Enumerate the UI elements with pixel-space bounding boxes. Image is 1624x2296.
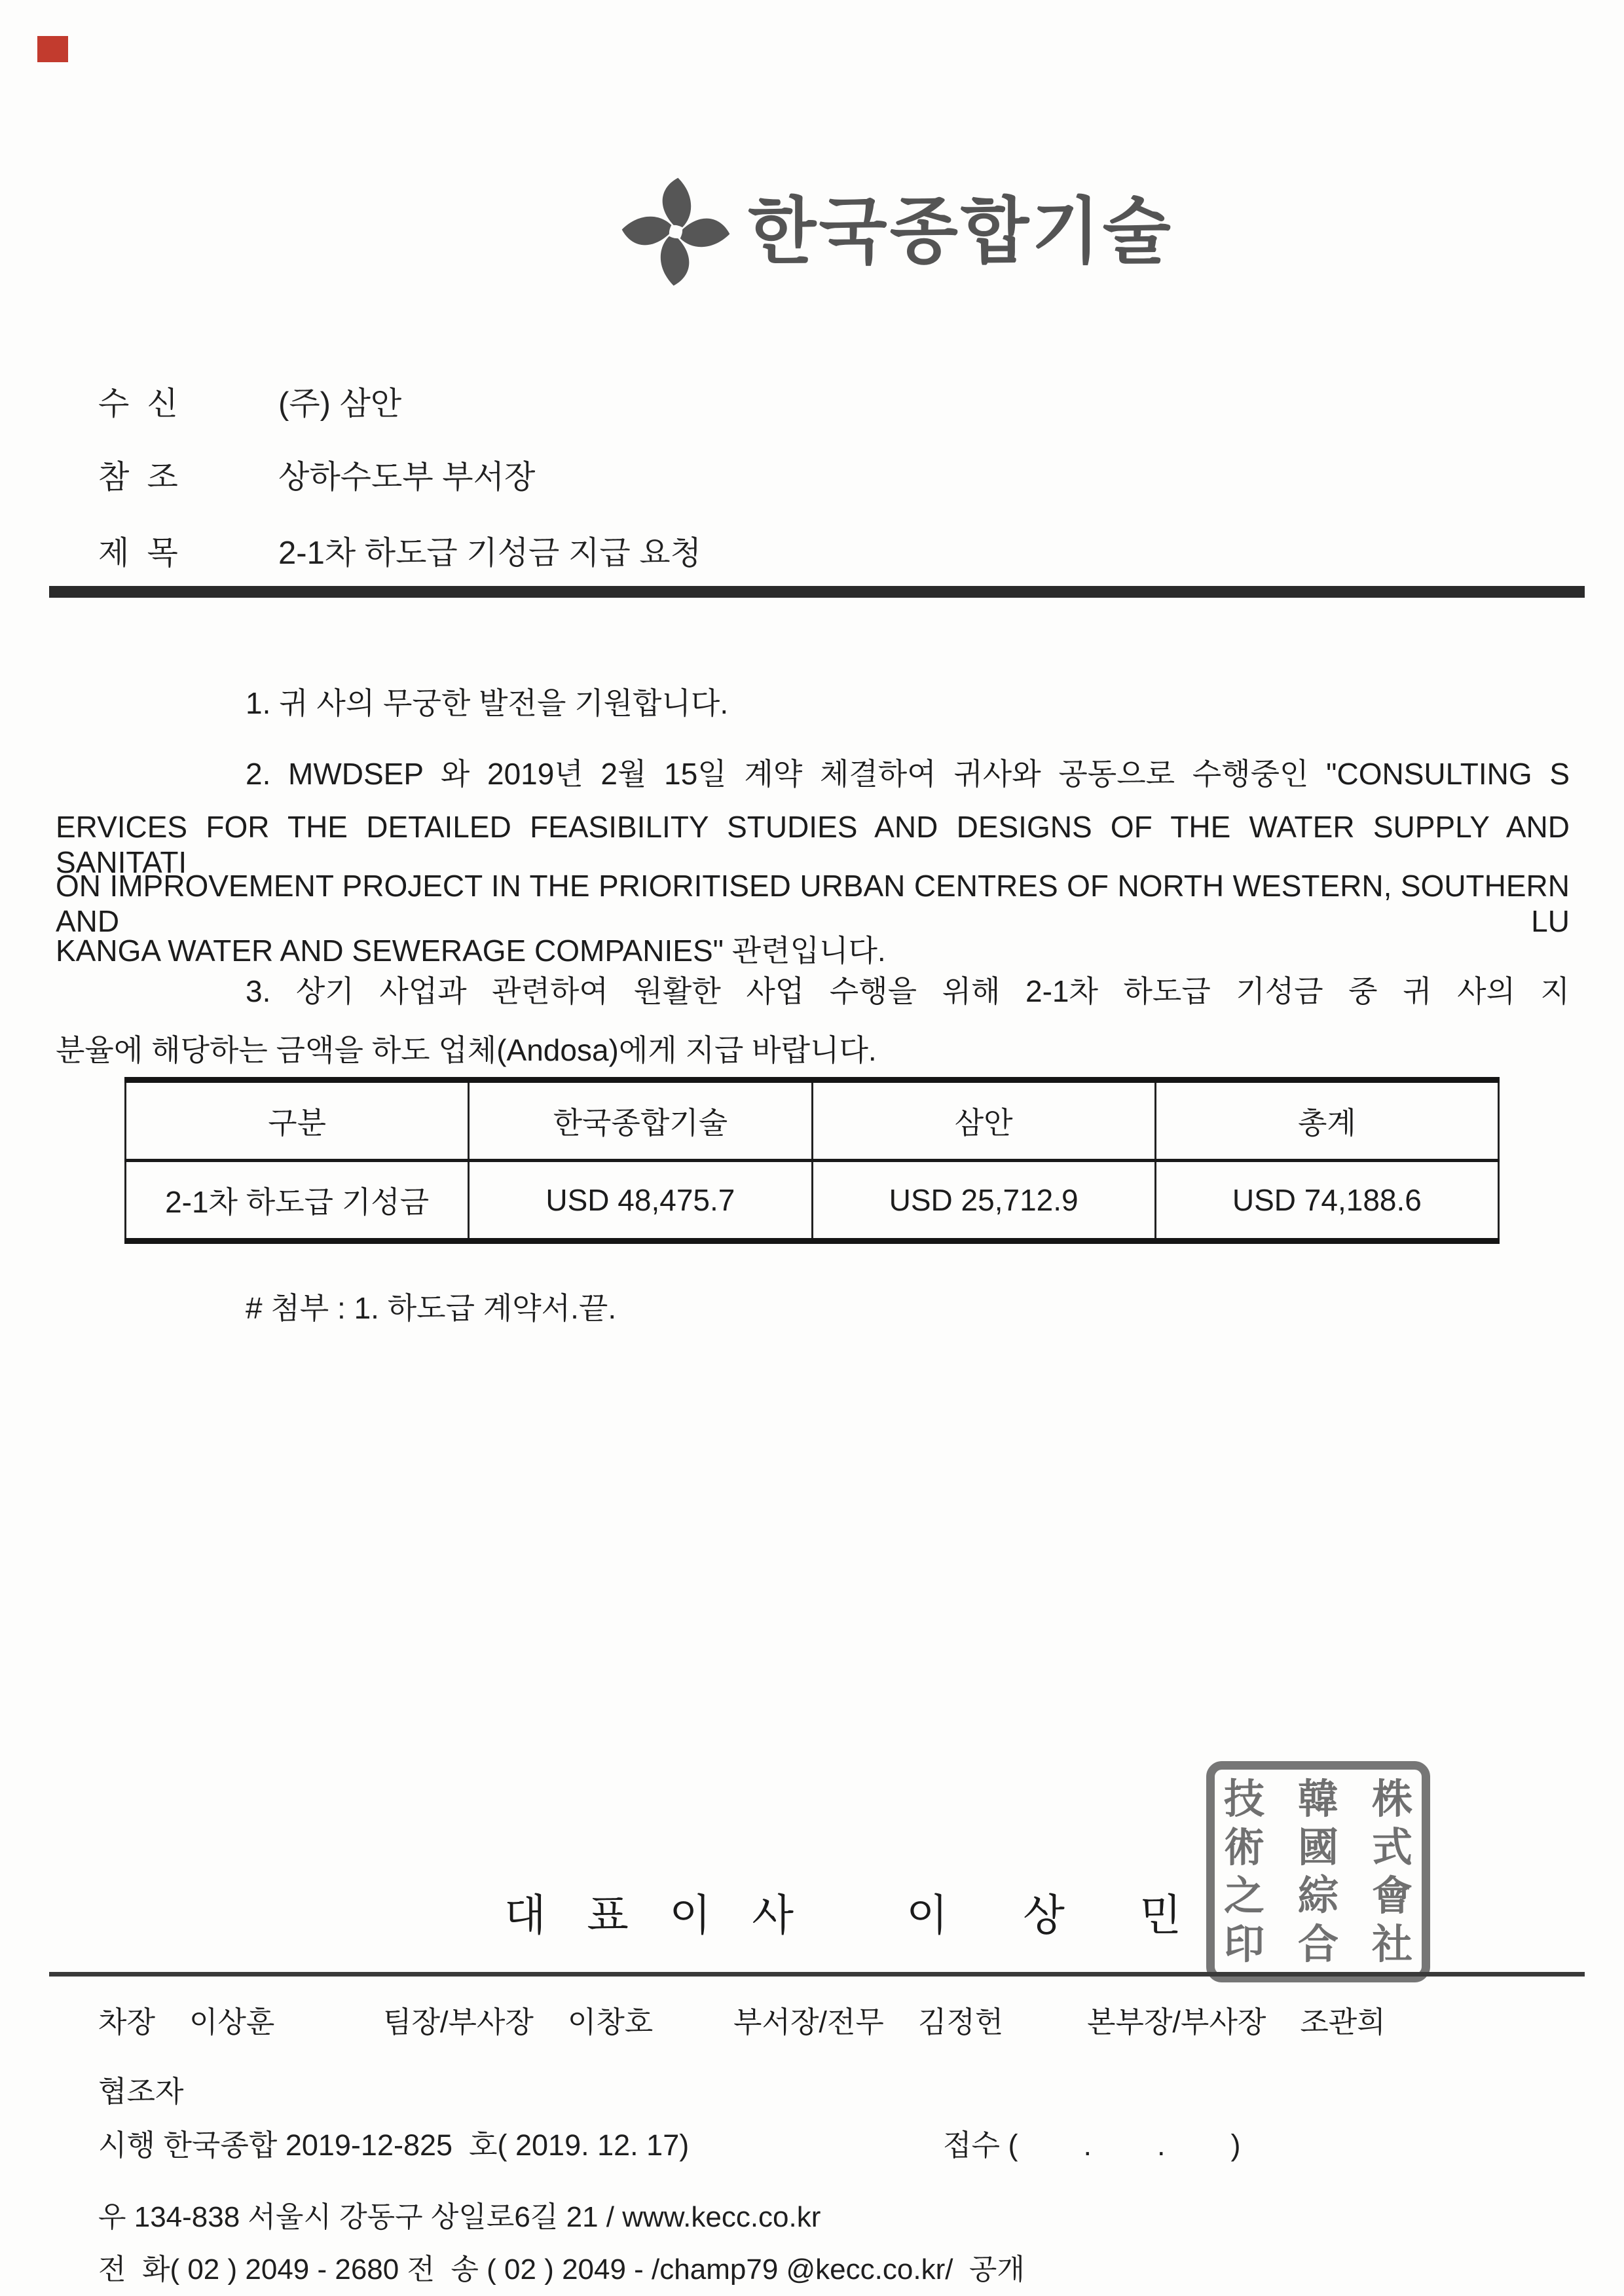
paragraph-3-line-1: 3. 상기 사업과 관련하여 원활한 사업 수행을 위해 2-1차 하도급 기성…: [56, 968, 1570, 1011]
table-header-category: 구분: [126, 1080, 469, 1161]
approval-name: 김정헌: [918, 1998, 1003, 2041]
approval-item-2: 팀장/부사장 이창호: [383, 1998, 653, 2041]
paragraph-2-line-4: KANGA WATER AND SEWERAGE COMPANIES" 관련입니…: [56, 927, 1570, 970]
approval-role: 팀장/부사장: [383, 1998, 534, 2041]
seal-char: 國: [1298, 1825, 1338, 1870]
paragraph-1: 1. 귀 사의 무궁한 발전을 기원합니다.: [56, 680, 1624, 723]
approval-role: 차장: [98, 1998, 155, 2041]
paragraph-2-line-1: 2. MWDSEP 와 2019년 2월 15일 계약 체결하여 귀사와 공동으…: [56, 750, 1570, 793]
company-logo: 한국종합기술: [621, 175, 1173, 288]
seal-char: 株: [1372, 1776, 1412, 1822]
approval-item-1: 차장 이상훈: [98, 1998, 274, 2041]
seal-char: 術: [1224, 1825, 1264, 1870]
seal-column-left: 技 術 之 印: [1224, 1776, 1264, 1967]
ceo-name: 이 상 민: [906, 1880, 1213, 1942]
payment-table-data-row: 2-1차 하도급 기성금 USD 48,475.7 USD 25,712.9 U…: [126, 1161, 1499, 1241]
seal-column-right: 株 式 會 社: [1372, 1776, 1412, 1967]
field-subject-label: 제 목: [98, 528, 278, 574]
field-subject-value: 2-1차 하도급 기성금 지급 요청: [278, 536, 701, 571]
field-reference-value: 상하수도부 부서장: [278, 460, 535, 495]
approval-row: 차장 이상훈 팀장/부사장 이창호 부서장/전무 김정헌 본부장/부사장 조관희: [0, 1998, 1624, 2037]
seal-column-middle: 韓 國 綜 合: [1298, 1776, 1338, 1967]
seal-char: 綜: [1298, 1873, 1338, 1919]
approval-item-3: 부서장/전무 김정헌: [733, 1998, 1003, 2041]
seal-char: 韓: [1298, 1776, 1338, 1822]
signature-block: 대 표 이 사 이 상 민: [504, 1880, 1213, 1942]
table-header-saman: 삼안: [812, 1080, 1155, 1161]
approval-role: 부서장/전무: [733, 1998, 884, 2041]
ceo-title: 대 표 이 사: [504, 1880, 808, 1942]
company-contact: 전 화( 02 ) 2049 - 2680 전 송 ( 02 ) 2049 - …: [98, 2246, 1025, 2287]
dispatch-number: 시행 한국종합 2019-12-825 호( 2019. 12. 17): [98, 2121, 689, 2164]
company-address: 우 134-838 서울시 강동구 상일로6길 21 / www.kecc.co…: [98, 2193, 821, 2235]
corporate-seal: 株 式 會 社 韓 國 綜 合 技 術 之 印: [1206, 1761, 1430, 1982]
approval-role: 본부장/부사장: [1087, 1998, 1266, 2041]
table-cell-kecc-amount: USD 48,475.7: [469, 1161, 812, 1241]
cooperator-label: 협조자: [98, 2068, 183, 2110]
footer-divider-line: [49, 1972, 1585, 1977]
receipt-field: 접수 ( . . ): [943, 2121, 1240, 2164]
table-header-total: 총계: [1155, 1080, 1498, 1161]
seal-char: 合: [1298, 1922, 1338, 1967]
logo-company-name: 한국종합기술: [748, 196, 1173, 268]
title-divider-bar: [49, 586, 1585, 598]
approval-item-4: 본부장/부사장 조관희: [1087, 1998, 1386, 2041]
approval-name: 이상훈: [189, 1998, 274, 2041]
seal-char: 式: [1372, 1825, 1412, 1870]
payment-table-header-row: 구분 한국종합기술 삼안 총계: [126, 1080, 1499, 1161]
paragraph-3-line-2: 분율에 해당하는 금액을 하도 업체(Andosa)에게 지급 바랍니다.: [56, 1027, 1570, 1070]
table-cell-total-amount: USD 74,188.6: [1155, 1161, 1498, 1241]
scan-artifact-mark: [37, 36, 68, 62]
attachment-note: # 첨부 : 1. 하도급 계약서.끝.: [246, 1285, 616, 1328]
seal-char: 技: [1224, 1776, 1264, 1822]
approval-name: 조관희: [1300, 1998, 1385, 2041]
seal-char: 之: [1224, 1873, 1264, 1919]
seal-char: 社: [1372, 1922, 1412, 1967]
field-recipient: 수 신(주) 삼안: [98, 378, 401, 424]
table-cell-category: 2-1차 하도급 기성금: [126, 1161, 469, 1241]
field-reference-label: 참 조: [98, 452, 278, 498]
field-reference: 참 조상하수도부 부서장: [98, 452, 535, 498]
approval-name: 이창호: [568, 1998, 653, 2041]
pinwheel-icon: [621, 175, 731, 288]
table-header-kecc: 한국종합기술: [469, 1080, 812, 1161]
field-recipient-label: 수 신: [98, 378, 278, 424]
seal-char: 會: [1372, 1873, 1412, 1919]
field-subject: 제 목2-1차 하도급 기성금 지급 요청: [98, 528, 701, 574]
field-recipient-value: (주) 삼안: [278, 386, 401, 422]
payment-table: 구분 한국종합기술 삼안 총계 2-1차 하도급 기성금 USD 48,475.…: [124, 1077, 1500, 1244]
scanned-official-letter: 한국종합기술 수 신(주) 삼안 참 조상하수도부 부서장 제 목2-1차 하도…: [0, 0, 1624, 2296]
table-cell-saman-amount: USD 25,712.9: [812, 1161, 1155, 1241]
seal-char: 印: [1224, 1922, 1264, 1967]
